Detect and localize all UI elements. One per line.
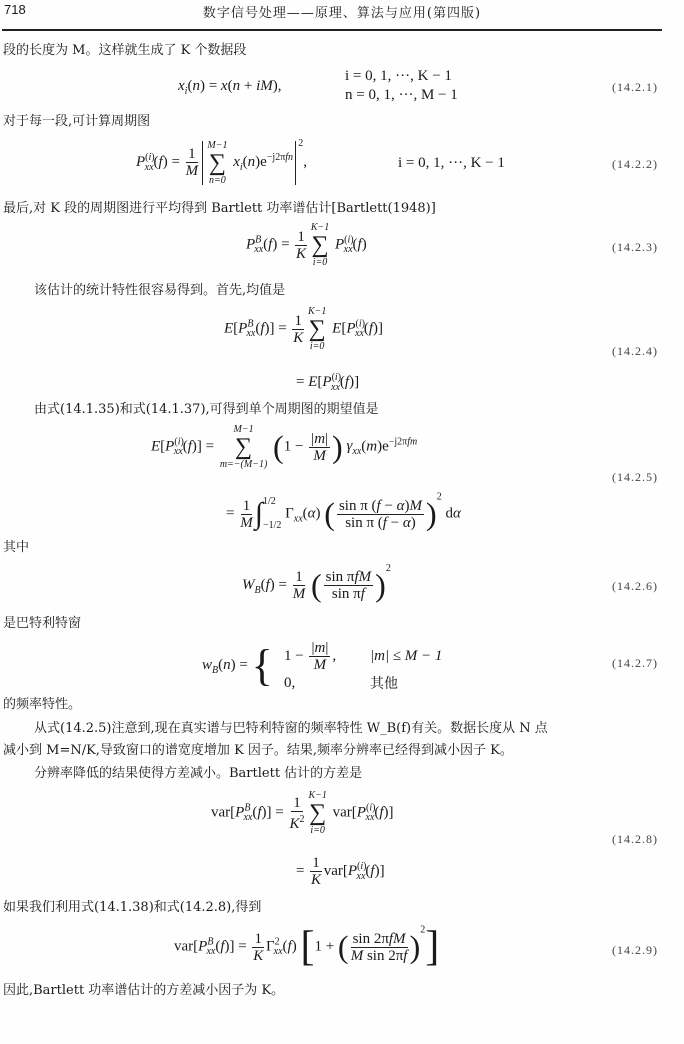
- equation-number: (14.2.5): [612, 470, 658, 485]
- equation-14-2-5-line2: = 1M∫1/2−1/2 Γxx(α) (sin π (f − α)Msin π…: [226, 490, 461, 538]
- equation-14-2-7: wB(n) = {: [202, 640, 273, 691]
- equation-14-2-7-case2-value: 0,: [284, 675, 295, 692]
- equation-number: (14.2.2): [612, 157, 658, 172]
- equation-number: (14.2.4): [612, 344, 658, 359]
- paragraph-text: 是巴特利特窗: [3, 616, 81, 632]
- equation-14-2-2: P(i)xx(f) = 1MM−1∑n=0 xi(n)e−j2πfn2,: [136, 138, 307, 186]
- equation-number: (14.2.8): [612, 832, 658, 847]
- paragraph-text: 的频率特性。: [3, 697, 81, 713]
- paragraph-text: 由式(14.1.35)和式(14.1.37),可得到单个周期图的期望值是: [34, 402, 379, 418]
- paragraph-text: 其中: [3, 540, 29, 556]
- equation-14-2-6: WB(f) = 1M (sin πfMsin πf)2: [242, 563, 391, 604]
- paragraph-text: 段的长度为 M。这样就生成了 K 个数据段: [3, 43, 246, 59]
- paragraph-text: 该估计的统计特性很容易得到。首先,均值是: [34, 283, 285, 299]
- equation-14-2-8-line1: var[PBxx(f)] = 1K2K−1∑i=0 var[P(i)xx(f)]: [211, 790, 394, 836]
- equation-14-2-3: PBxx(f) = 1KK−1∑i=0 P(i)xx(f): [246, 222, 367, 268]
- equation-14-2-8-line2: = 1Kvar[P(i)xx(f)]: [296, 855, 385, 888]
- equation-14-2-5-line1: E[P(i)xx(f)] = M−1∑m=−(M−1) (1 − |m|M) γ…: [151, 424, 417, 470]
- equation-14-2-9: var[PBxx(f)] = 1KΓ2xx(f) [1 + (sin 2πfMM…: [174, 923, 439, 971]
- header-rule: [2, 29, 662, 31]
- running-header-title: 数字信号处理——原理、算法与应用(第四版): [0, 2, 684, 21]
- paragraph-text: 因此,Bartlett 功率谱估计的方差减小因子为 K。: [3, 983, 284, 999]
- equation-number: (14.2.3): [612, 240, 658, 255]
- equation-14-2-7-case1-cond: |m| ≤ M − 1: [370, 648, 442, 665]
- equation-14-2-1-cond1: i = 0, 1, ···, K − 1: [345, 68, 452, 85]
- paragraph-text: 从式(14.2.5)注意到,现在真实谱与巴特利特窗的频率特性 W_B(f)有关。…: [34, 721, 548, 737]
- equation-number: (14.2.1): [612, 80, 658, 95]
- paragraph-text: 最后,对 K 段的周期图进行平均得到 Bartlett 功率谱估计[Bartle…: [3, 201, 436, 217]
- equation-number: (14.2.6): [612, 579, 658, 594]
- equation-number: (14.2.9): [612, 943, 658, 958]
- paragraph-text: 对于每一段,可计算周期图: [3, 114, 150, 130]
- equation-14-2-1-cond2: n = 0, 1, ···, M − 1: [345, 87, 458, 104]
- equation-number: (14.2.7): [612, 656, 658, 671]
- paragraph-text: 减小到 M=N/K,导致窗口的谱宽度增加 K 因子。结果,频率分辨率已经得到减小…: [3, 743, 513, 759]
- equation-14-2-7-case2-cond: 其他: [370, 676, 398, 692]
- equation-14-2-4-line2: = E[P(i)xx(f)]: [296, 372, 359, 393]
- equation-14-2-1-lhs: xi(n) = x(n + iM),: [178, 78, 281, 97]
- paragraph-text: 分辨率降低的结果使得方差减小。Bartlett 估计的方差是: [34, 766, 362, 782]
- equation-14-2-4-line1: E[PBxx(f)] = 1KK−1∑i=0 E[P(i)xx(f)]: [224, 306, 383, 352]
- paragraph-text: 如果我们利用式(14.1.38)和式(14.2.8),得到: [3, 900, 261, 916]
- equation-14-2-7-case1: 1 − |m|M,: [284, 640, 336, 673]
- equation-14-2-2-cond: i = 0, 1, ···, K − 1: [398, 155, 505, 172]
